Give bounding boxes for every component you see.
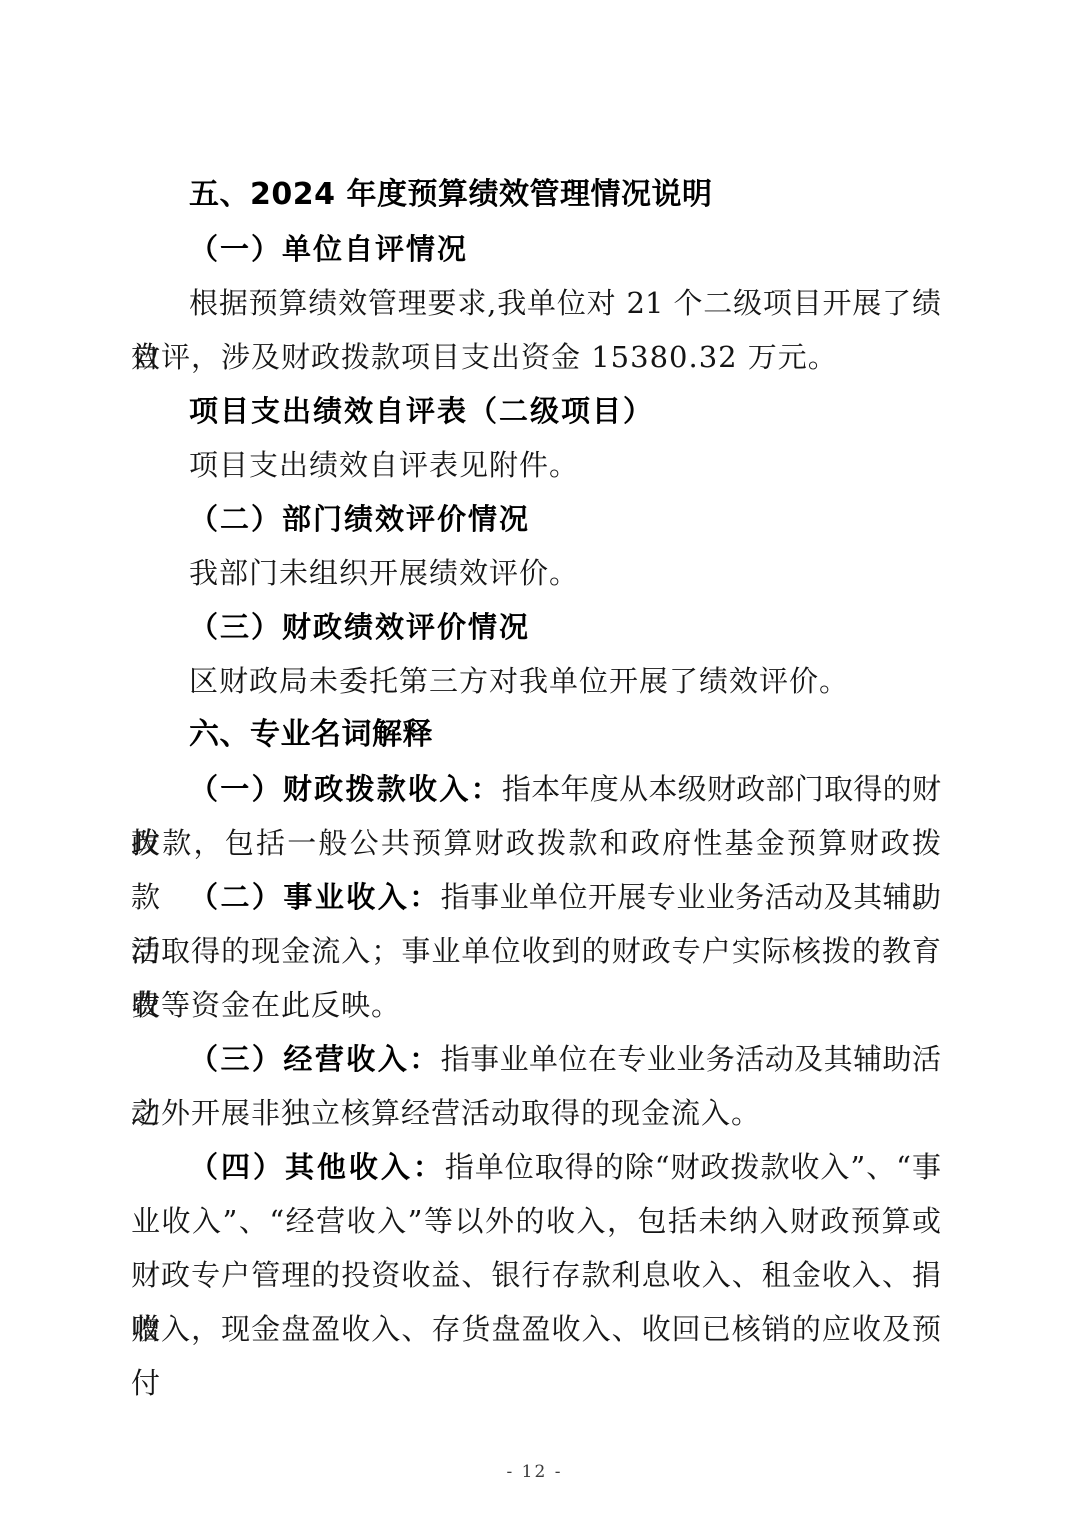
subheading-text: （一）单位自评情况 xyxy=(189,232,468,266)
paragraph-fiscal-appropriation-income-line-1: （一）财政拨款收入：指本年度从本级财政部门取得的财政 xyxy=(131,762,941,816)
body-text: 收入，现金盘盈收入、存货盘盈收入、收回已核销的应收及预付 xyxy=(131,1312,941,1400)
paragraph-other-income-line-3: 财政专户管理的投资收益、银行存款利息收入、租金收入、捐赠 xyxy=(131,1248,941,1302)
heading-text: 六、专业名词解释 xyxy=(189,717,433,752)
subheading-unit-self-evaluation: （一）单位自评情况 xyxy=(131,222,941,276)
paragraph-institutional-income-line-2: 动取得的现金流入；事业单位收到的财政专户实际核拨的教育收 xyxy=(131,924,941,978)
paragraph-institutional-income-line-1: （二）事业收入：指事业单位开展专业业务活动及其辅助活 xyxy=(131,870,941,924)
paragraph-other-income-line-4: 收入，现金盘盈收入、存货盘盈收入、收回已核销的应收及预付 xyxy=(131,1302,941,1356)
subheading-fiscal-evaluation: （三）财政绩效评价情况 xyxy=(131,600,941,654)
paragraph-self-eval-line-1: 根据预算绩效管理要求,我单位对 21 个二级项目开展了绩效 xyxy=(131,276,941,330)
paragraph-fiscal-appropriation-income-line-2: 拨款，包括一般公共预算财政拨款和政府性基金预算财政拨款。 xyxy=(131,816,941,870)
paragraph-operating-income-line-2: 之外开展非独立核算经营活动取得的现金流入。 xyxy=(131,1086,941,1140)
paragraph-self-eval-line-2: 自评，涉及财政拨款项目支出资金 15380.32 万元。 xyxy=(131,330,941,384)
term-fiscal-appropriation-income: （一）财政拨款收入： xyxy=(189,772,502,806)
page-number: - 12 - xyxy=(0,1462,1069,1482)
paragraph-operating-income-line-1: （三）经营收入：指事业单位在专业业务活动及其辅助活动 xyxy=(131,1032,941,1086)
term-operating-income: （三）经营收入： xyxy=(189,1042,441,1076)
heading-terminology: 六、专业名词解释 xyxy=(131,708,941,762)
body-text: 区财政局未委托第三方对我单位开展了绩效评价。 xyxy=(189,664,849,698)
body-text: 项目支出绩效自评表见附件。 xyxy=(189,448,579,482)
paragraph-see-attachment: 项目支出绩效自评表见附件。 xyxy=(131,438,941,492)
subheading-text: （二）部门绩效评价情况 xyxy=(189,502,530,536)
body-text: 我部门未组织开展绩效评价。 xyxy=(189,556,579,590)
term-institutional-income: （二）事业收入： xyxy=(189,880,441,914)
paragraph-other-income-line-1: （四）其他收入：指单位取得的除“财政拨款收入”、“事 xyxy=(131,1140,941,1194)
paragraph-no-department-evaluation: 我部门未组织开展绩效评价。 xyxy=(131,546,941,600)
body-text: 自评，涉及财政拨款项目支出资金 15380.32 万元。 xyxy=(131,340,838,374)
subheading-project-self-eval-table: 项目支出绩效自评表（二级项目） xyxy=(131,384,941,438)
body-text: 之外开展非独立核算经营活动取得的现金流入。 xyxy=(131,1096,761,1130)
document-page: 五、2024 年度预算绩效管理情况说明 （一）单位自评情况 根据预算绩效管理要求… xyxy=(0,0,1069,1515)
heading-performance-management-2024: 五、2024 年度预算绩效管理情况说明 xyxy=(131,168,941,222)
paragraph-fiscal-evaluation: 区财政局未委托第三方对我单位开展了绩效评价。 xyxy=(131,654,941,708)
subheading-text: 项目支出绩效自评表（二级项目） xyxy=(189,394,654,428)
subheading-department-evaluation: （二）部门绩效评价情况 xyxy=(131,492,941,546)
paragraph-other-income-line-2: 业收入”、“经营收入”等以外的收入，包括未纳入财政预算或 xyxy=(131,1194,941,1248)
term-other-income: （四）其他收入： xyxy=(189,1150,445,1184)
paragraph-institutional-income-line-3: 费等资金在此反映。 xyxy=(131,978,941,1032)
body-text: 费等资金在此反映。 xyxy=(131,988,401,1022)
body-text: 业收入”、“经营收入”等以外的收入，包括未纳入财政预算或 xyxy=(131,1204,941,1238)
body-text: 指单位取得的除“财政拨款收入”、“事 xyxy=(445,1150,941,1184)
subheading-text: （三）财政绩效评价情况 xyxy=(189,610,530,644)
document-content: 五、2024 年度预算绩效管理情况说明 （一）单位自评情况 根据预算绩效管理要求… xyxy=(131,168,941,1356)
heading-text: 五、2024 年度预算绩效管理情况说明 xyxy=(189,177,712,212)
